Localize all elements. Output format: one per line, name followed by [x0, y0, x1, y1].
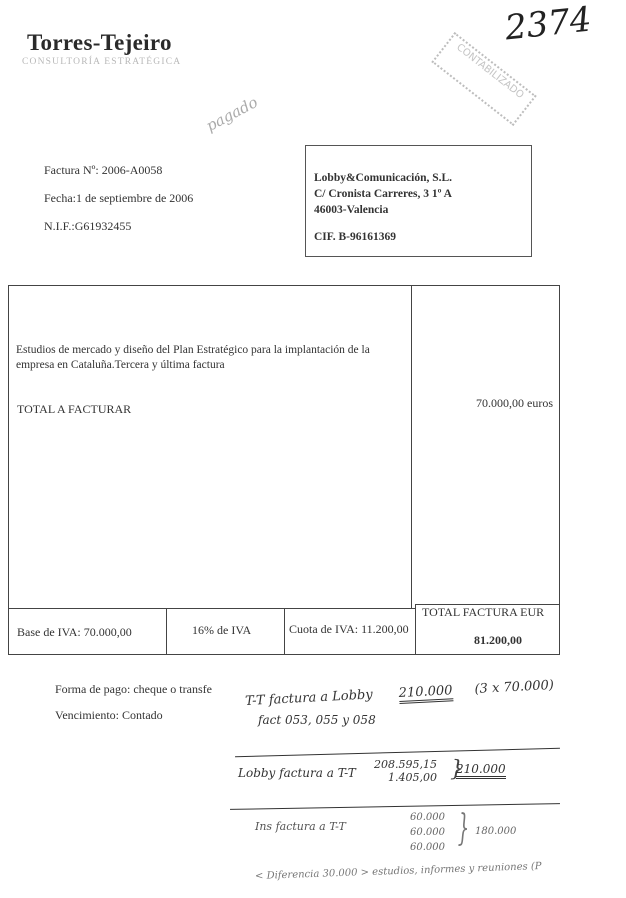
note3-text: Lobby factura a T-T	[238, 766, 356, 780]
payment-method: Forma de pago: cheque o transfe	[55, 682, 212, 697]
invoice-table: Estudios de mercado y diseño del Plan Es…	[8, 285, 560, 655]
company-tagline: CONSULTORÍA ESTRATÉGICA	[22, 57, 181, 67]
total-to-invoice-label: TOTAL A FACTURAR	[17, 402, 131, 417]
column-divider	[284, 608, 285, 654]
payment-due: Vencimiento: Contado	[55, 708, 163, 723]
company-logo-name: Torres-Tejeiro	[27, 30, 172, 56]
item-amount: 70.000,00 euros	[476, 396, 553, 411]
column-divider	[415, 604, 416, 654]
handwritten-rule	[235, 748, 560, 758]
note1-text: T-T factura a Lobby	[245, 687, 373, 709]
note4-amounts: 60.000 60.000 60.000	[410, 810, 445, 855]
handwritten-initials: pagado	[203, 93, 261, 135]
invoice-nif: N.I.F.:G61932455	[44, 219, 131, 234]
note4-amount-1: 60.000	[410, 810, 445, 825]
note1-paren: (3 x 70.000)	[474, 678, 554, 697]
note3-amount-2: 1.405,00	[374, 771, 437, 784]
note4-brace: }	[458, 808, 469, 849]
handwritten-note-line5: < Diferencia 30.000 > estudios, informes…	[255, 861, 542, 882]
stamp-text: CONTABILIZADO	[454, 42, 525, 101]
client-cif: CIF. B-96161369	[314, 231, 396, 243]
handwritten-document-number: 2374	[503, 0, 593, 48]
note3-amounts: 208.595,15 1.405,00	[374, 758, 437, 784]
handwritten-note-line3: Lobby factura a T-T	[238, 766, 356, 780]
invoice-date: Fecha:1 de septiembre de 2006	[44, 191, 193, 206]
handwritten-rule	[230, 803, 560, 810]
note4-amount-2: 60.000	[410, 825, 445, 840]
handwritten-note-line1: T-T factura a Lobby 210.000 (3 x 70.000)	[245, 678, 555, 709]
note4-amount-3: 60.000	[410, 840, 445, 855]
row-divider	[9, 608, 415, 609]
handwritten-note-line2: fact 053, 055 y 058	[258, 713, 376, 727]
handwritten-note-line4: Ins factura a T-T	[255, 820, 346, 833]
invoice-total-value: 81.200,00	[474, 633, 522, 648]
note3-amount-1: 208.595,15	[374, 758, 437, 771]
column-divider	[166, 608, 167, 654]
iva-base: Base de IVA: 70.000,00	[17, 625, 132, 640]
note4-total: 180.000	[475, 826, 516, 837]
invoice-total-label: TOTAL FACTURA EUR	[422, 605, 544, 620]
invoice-number: Factura Nº: 2006-A0058	[44, 163, 162, 178]
iva-amount: Cuota de IVA: 11.200,00	[289, 622, 409, 637]
client-city: 46003-Valencia	[314, 204, 388, 216]
client-name: Lobby&Comunicación, S.L.	[314, 172, 452, 184]
client-address: C/ Cronista Carreres, 3 1º A	[314, 188, 452, 200]
iva-rate: 16% de IVA	[192, 623, 251, 638]
item-description: Estudios de mercado y diseño del Plan Es…	[16, 343, 411, 373]
note1-amount: 210.000	[398, 683, 453, 704]
column-divider	[411, 286, 412, 608]
note3-total: 210.000	[456, 762, 506, 779]
client-address-box: Lobby&Comunicación, S.L. C/ Cronista Car…	[305, 145, 532, 257]
